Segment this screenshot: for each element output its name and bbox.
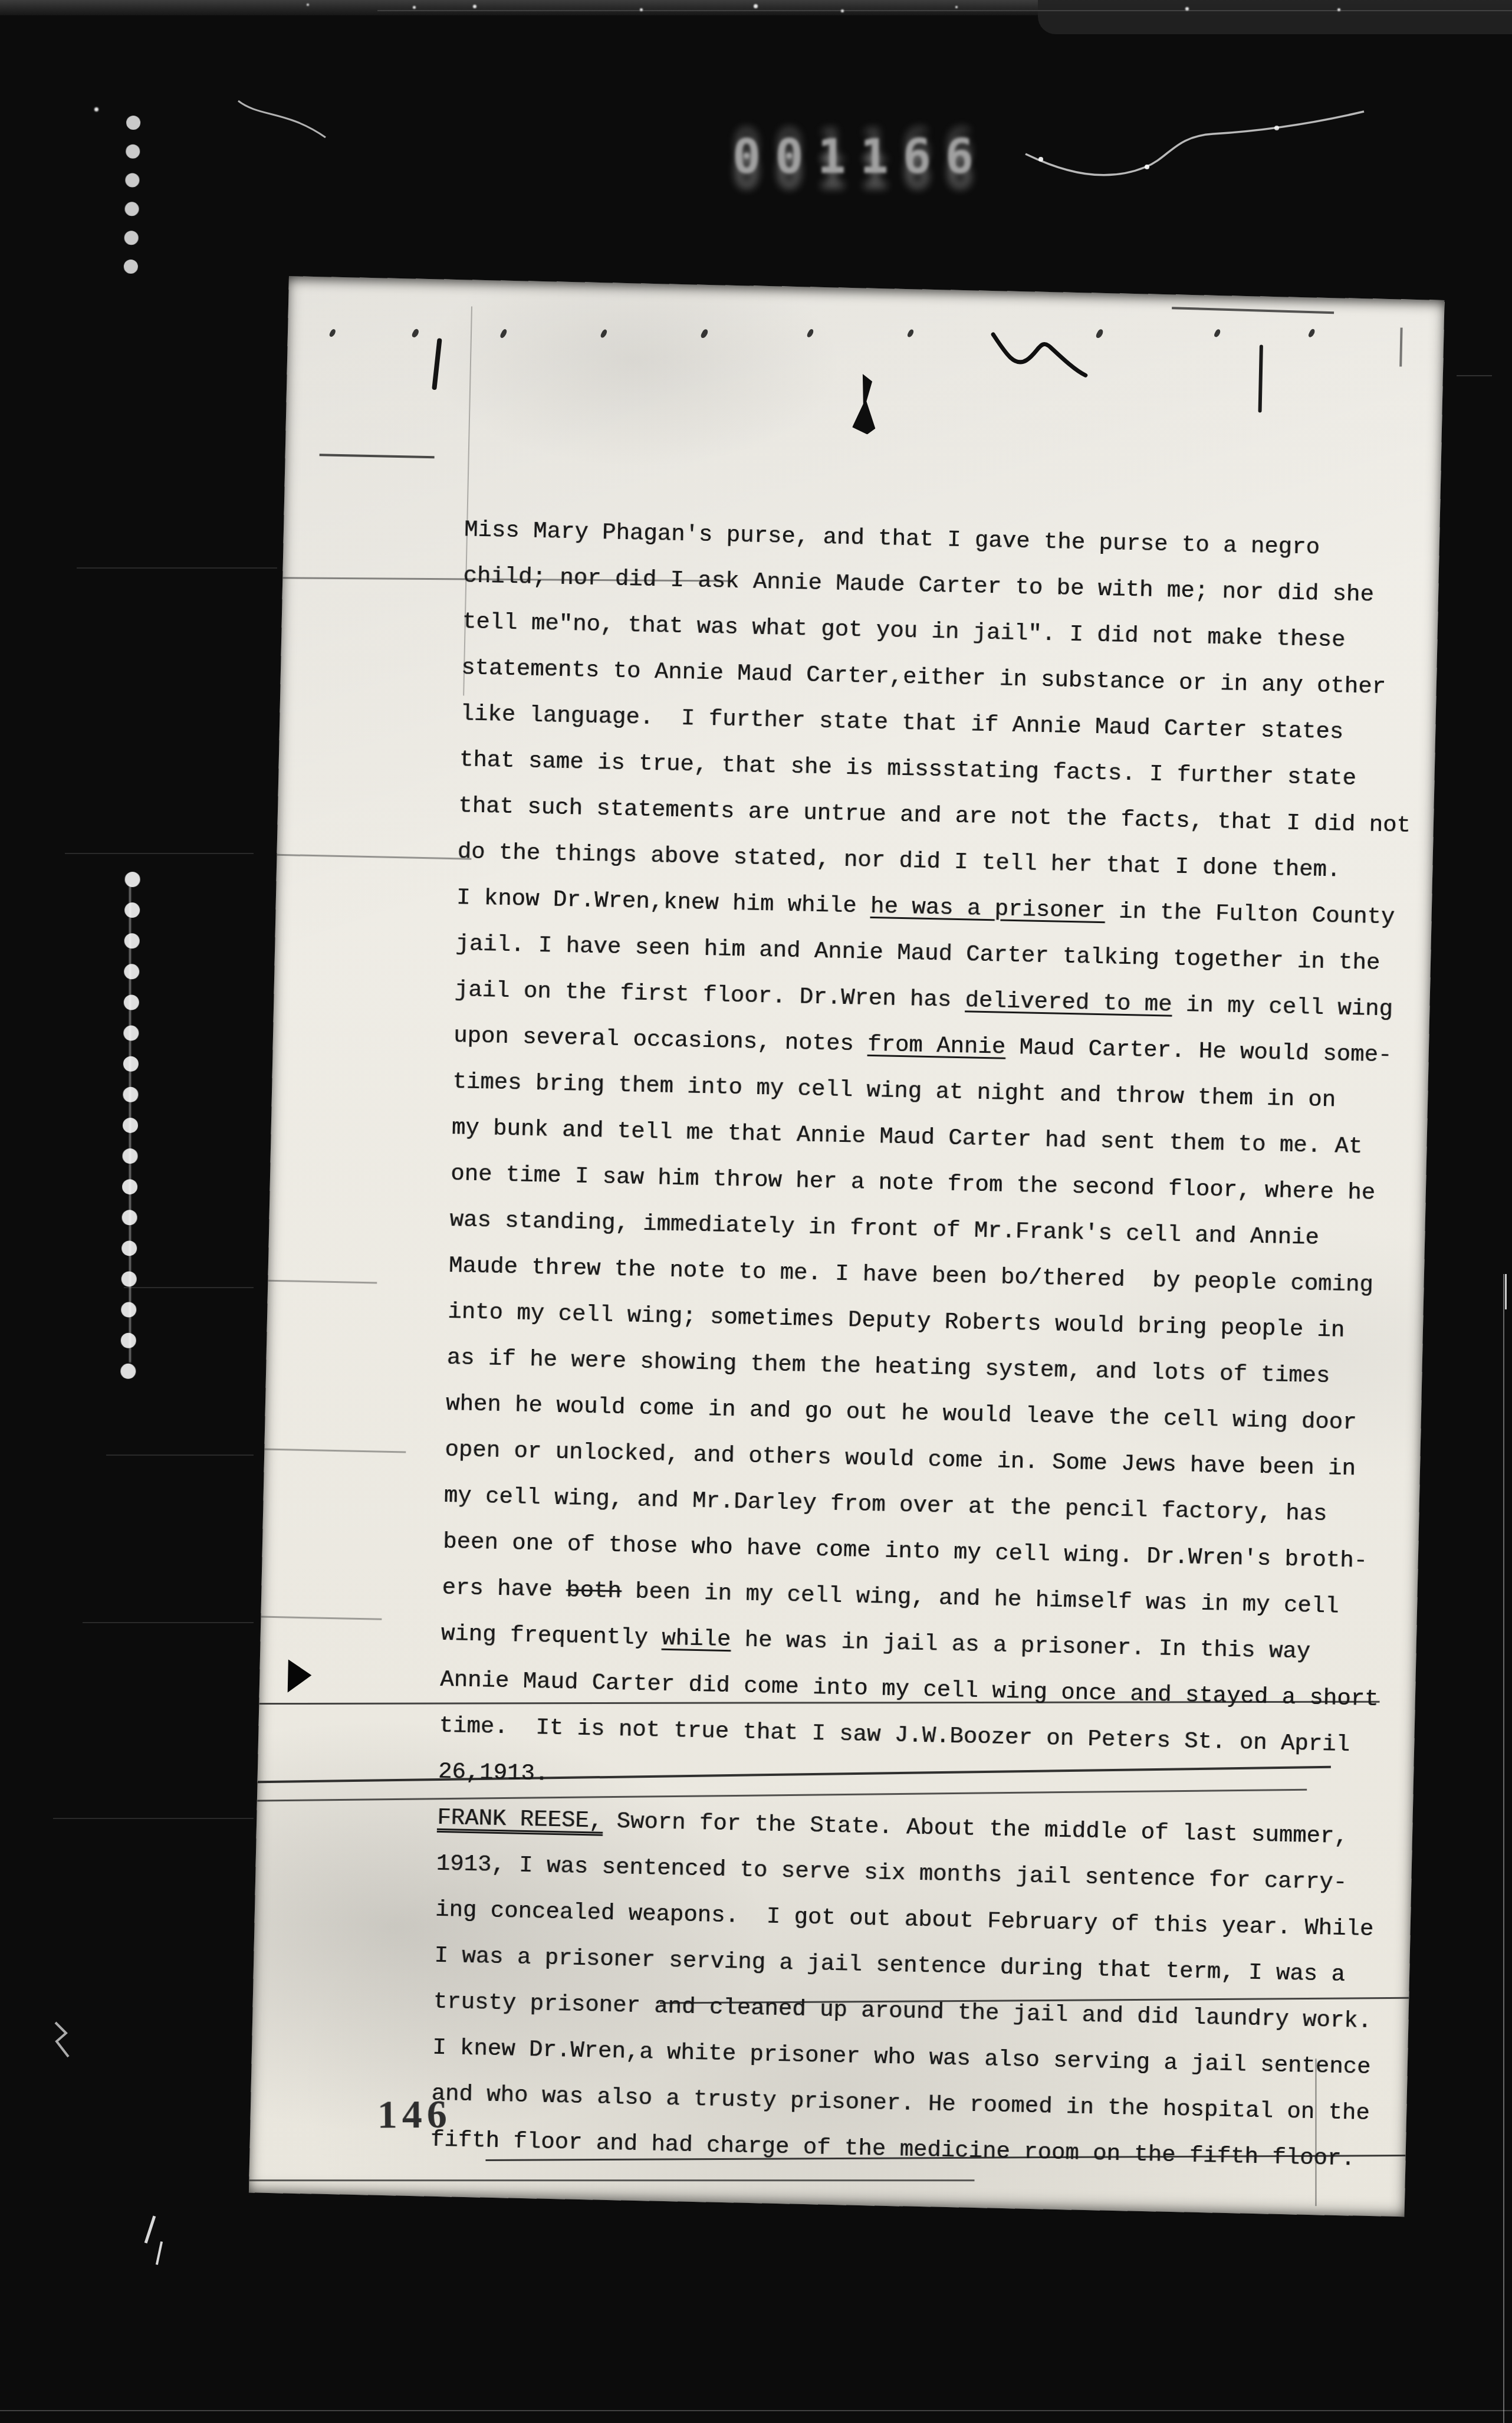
- film-speck: [307, 4, 309, 6]
- pen-squiggle-mark: [989, 325, 1090, 383]
- scan-line: [124, 1287, 254, 1288]
- film-scratch-mark: [51, 2020, 74, 2061]
- typewritten-text: Miss Mary Phagan's purse, and that I gav…: [430, 507, 1416, 2182]
- ink-dot: [700, 329, 709, 339]
- film-speck: [841, 9, 844, 12]
- film-speck: [473, 5, 476, 8]
- film-speck: [413, 6, 416, 9]
- film-speck: [94, 107, 98, 111]
- ink-dot: [1214, 329, 1221, 338]
- ink-dot: [907, 329, 915, 338]
- film-speck: [1185, 7, 1189, 11]
- film-speck: [754, 4, 758, 8]
- scratch-line: [249, 2179, 975, 2181]
- pen-stroke-mark: [1258, 344, 1263, 412]
- scratch-line: [1172, 307, 1334, 314]
- film-scratch-curve: [236, 97, 330, 145]
- document-page: Miss Mary Phagan's purse, and that I gav…: [249, 276, 1445, 2217]
- scan-line: [77, 567, 277, 569]
- ink-dot: [499, 329, 508, 339]
- film-speck: [1337, 8, 1340, 11]
- film-scratch-mark: [144, 2215, 156, 2243]
- scratch-line: [320, 454, 435, 458]
- scratch-line: [316, 2210, 741, 2215]
- scan-line: [53, 1818, 254, 1819]
- scan-line: [1457, 375, 1492, 376]
- pen-check-mark: [848, 373, 892, 437]
- film-speck: [640, 8, 643, 11]
- ink-dot: [1307, 328, 1316, 338]
- film-scratch-mark: [156, 2241, 163, 2265]
- film-edge-line: [0, 2410, 1512, 2411]
- scratch-line: [261, 1616, 382, 1620]
- ink-dot: [328, 329, 336, 338]
- ink-dot: [411, 328, 420, 338]
- film-damage-speckle-chain: [124, 116, 141, 274]
- pen-stroke-mark: [1399, 327, 1402, 366]
- ink-dot: [600, 329, 608, 339]
- film-damage-scratch: [129, 885, 131, 1362]
- scratch-line: [264, 1449, 406, 1453]
- microfilm-frame: 001166: [0, 0, 1512, 2423]
- film-edge-scratch-line: [377, 10, 1512, 11]
- pen-stroke-mark: [432, 338, 442, 390]
- page-number-stamp: 146: [377, 2091, 452, 2138]
- scratch-line: [268, 1280, 377, 1284]
- film-edge-corner: [1038, 0, 1512, 34]
- scan-line: [106, 1455, 254, 1456]
- film-edge-line: [1505, 1274, 1507, 1309]
- film-edge-line: [1503, 1274, 1504, 2423]
- scan-line: [83, 1622, 254, 1623]
- film-scratch-curve: [1023, 103, 1368, 186]
- frame-counter-stamp: 001166: [732, 133, 988, 180]
- ink-dot: [1095, 329, 1104, 339]
- margin-wedge-mark: [288, 1659, 312, 1693]
- scan-line: [65, 853, 254, 854]
- film-speck: [955, 6, 958, 8]
- ink-dot: [806, 329, 814, 339]
- scratch-line: [277, 854, 471, 860]
